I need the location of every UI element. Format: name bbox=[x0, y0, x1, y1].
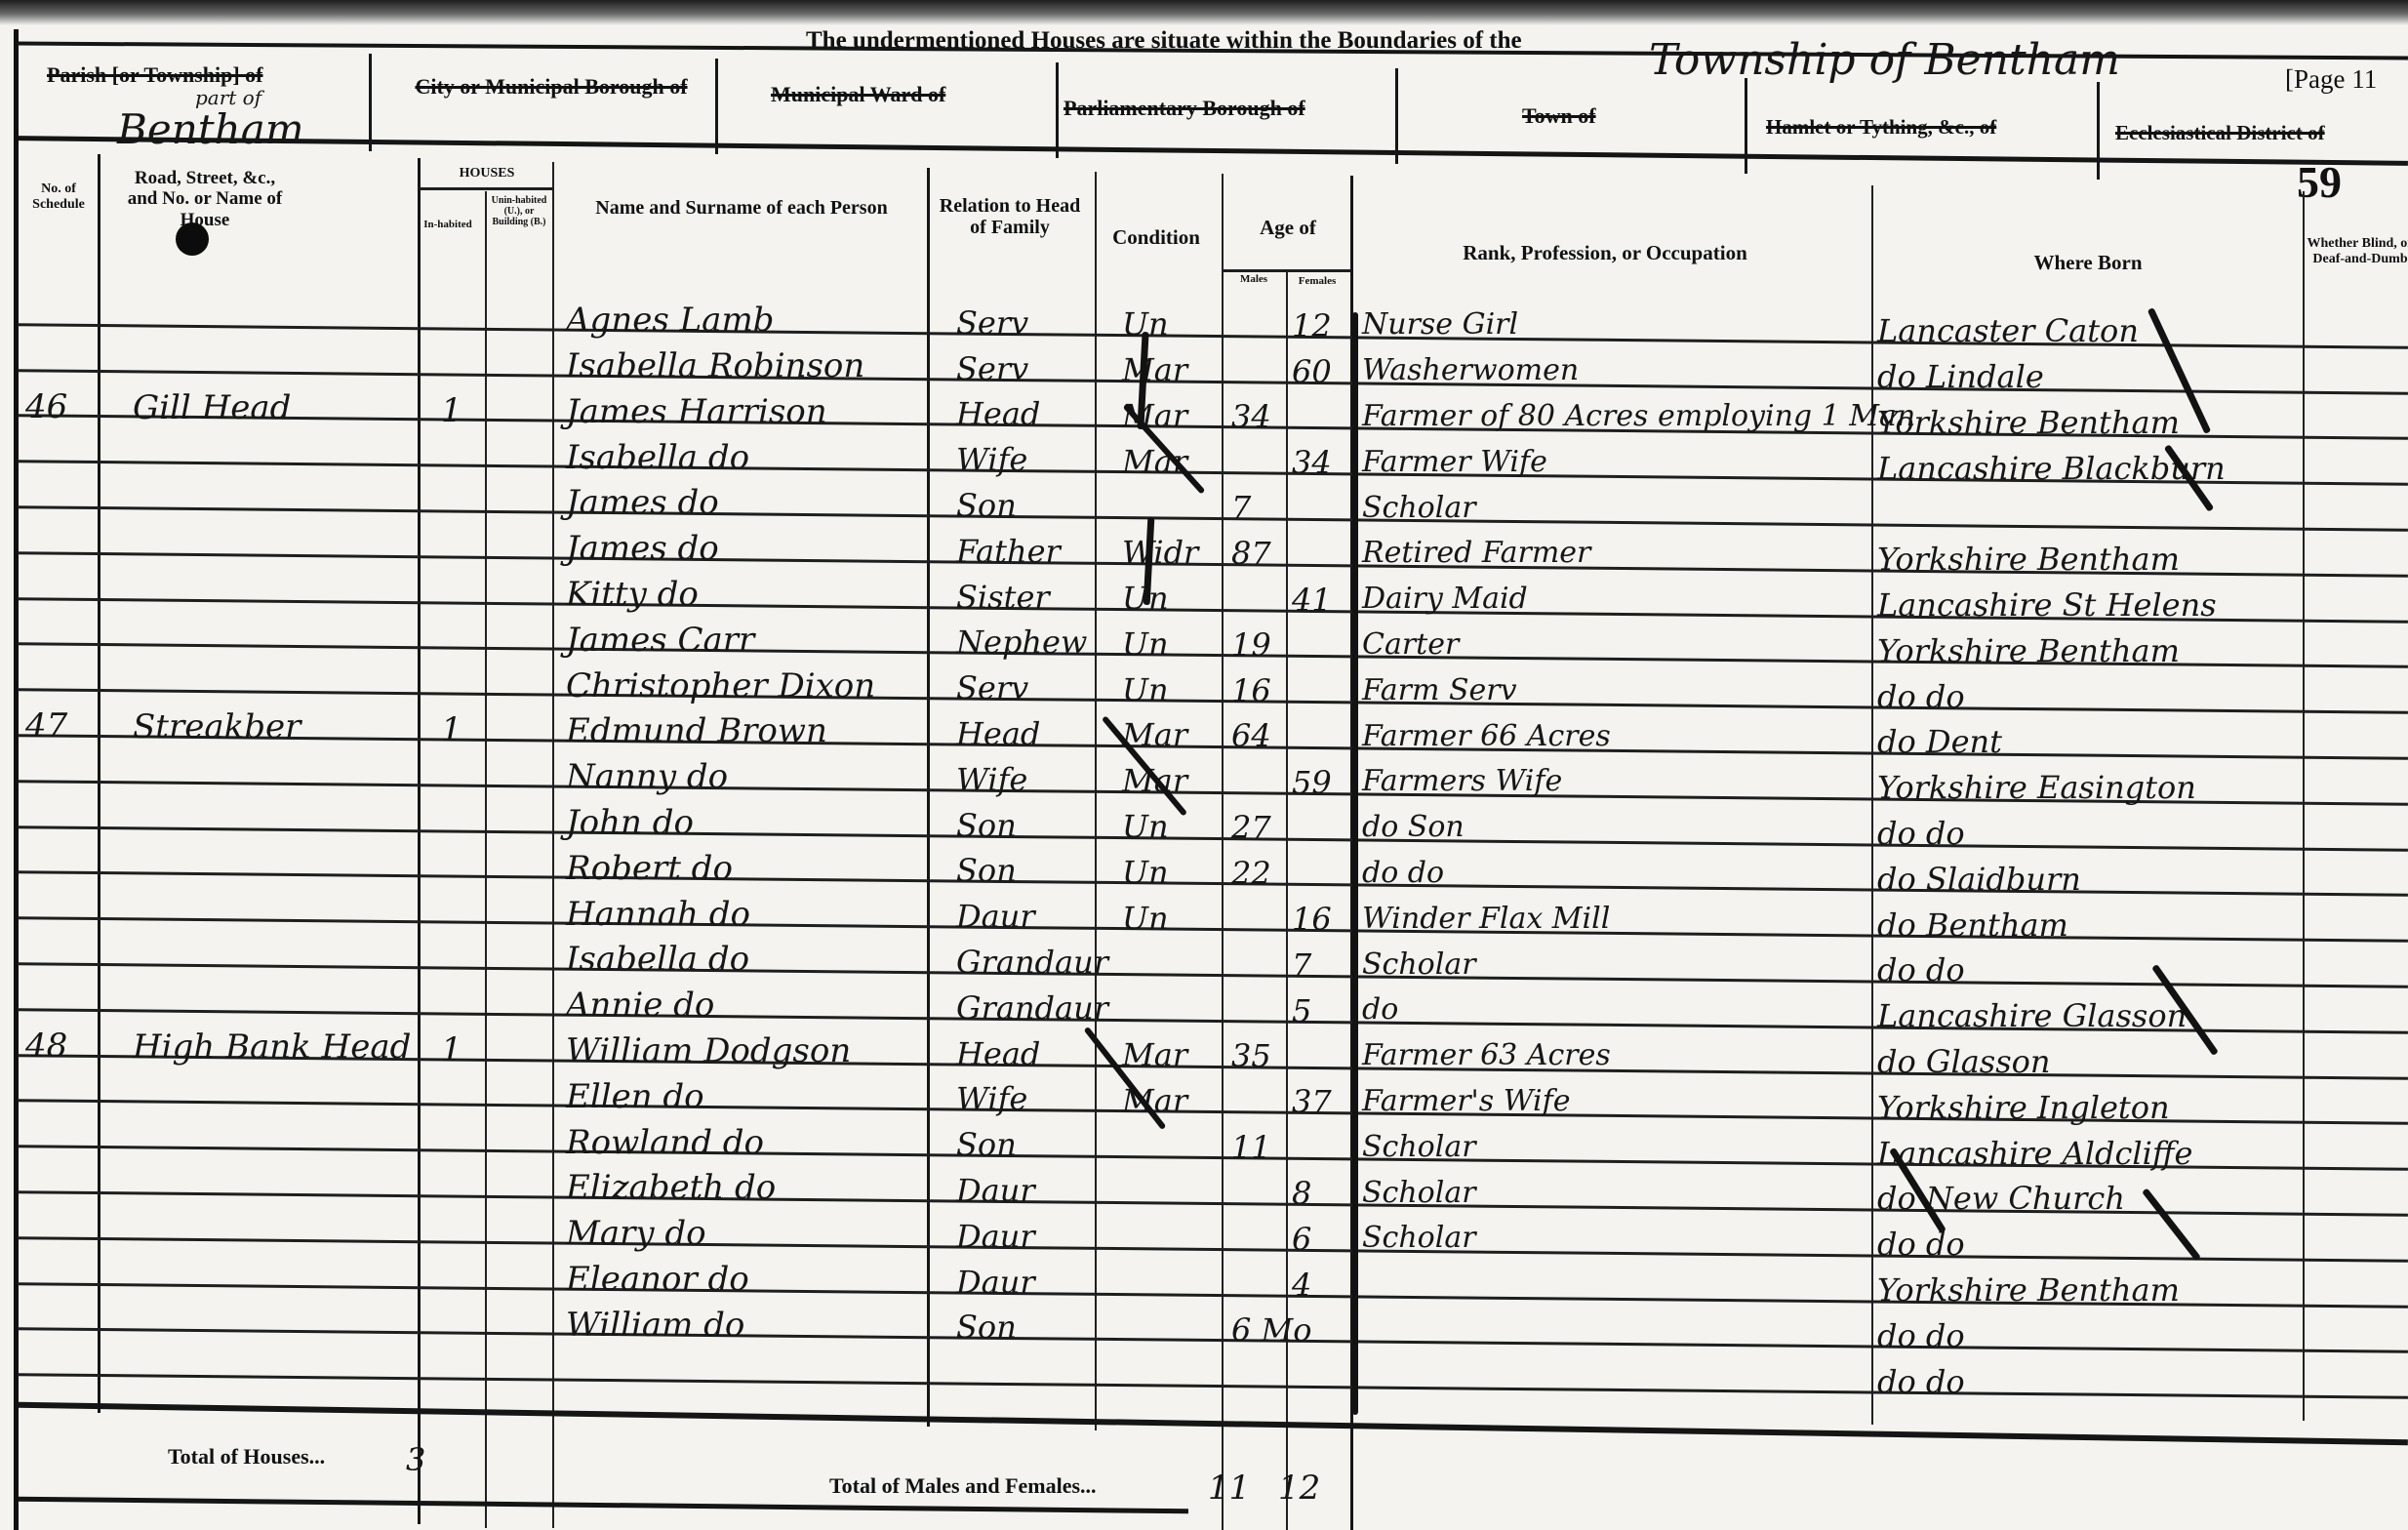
cell-relation: Head bbox=[956, 718, 1040, 749]
row-rule bbox=[18, 1328, 2408, 1354]
cell-occupation: Farmer 66 Acres bbox=[1362, 722, 1611, 751]
cell-where-born: do Lindale bbox=[1877, 361, 2044, 392]
row-rule bbox=[18, 1373, 2408, 1399]
cell-where-born: do Slaidburn bbox=[1877, 864, 2081, 895]
cell-occupation: Farmer 63 Acres bbox=[1362, 1041, 1611, 1070]
col-road: Road, Street, &c., and No. or Name of Ho… bbox=[127, 168, 283, 230]
col-condition: Condition bbox=[1098, 226, 1215, 250]
cell-relation: Serv bbox=[956, 353, 1028, 384]
cell-name: Mary do bbox=[566, 1217, 706, 1250]
scan-top-shadow bbox=[0, 0, 2408, 25]
cell-where-born: do do bbox=[1877, 954, 1965, 986]
boundary-parliamentary: Parliamentary Borough of bbox=[1064, 96, 1305, 121]
cell-name: Eleanor do bbox=[566, 1263, 749, 1296]
cell-male-age: 6 Mo bbox=[1231, 1314, 1312, 1346]
banner-township: Township of Bentham bbox=[1649, 39, 2120, 82]
cell-condition: Un bbox=[1122, 811, 1169, 842]
cell-name: John do bbox=[566, 806, 694, 839]
boundary-ecclesiastical: Ecclesiastical District of bbox=[2115, 121, 2325, 145]
cell-female-age: 37 bbox=[1292, 1086, 1332, 1117]
boundary-town: Town of bbox=[1522, 103, 1596, 129]
cell-road: Gill Head bbox=[133, 391, 291, 424]
cell-where-born: Yorkshire Bentham bbox=[1877, 407, 2180, 438]
cell-relation: Nephew bbox=[956, 626, 1087, 658]
cell-condition: Un bbox=[1122, 857, 1169, 888]
cell-relation: Grandaur bbox=[956, 946, 1108, 978]
col-houses-group: HOUSES bbox=[423, 166, 550, 181]
col-relation: Relation to Head of Family bbox=[932, 195, 1088, 239]
cell-occupation: Farmer of 80 Acres employing 1 Man bbox=[1362, 402, 1915, 431]
cell-occupation: do bbox=[1362, 995, 1398, 1025]
cell-occupation: Dairy Maid bbox=[1362, 584, 1528, 614]
cell-where-born: Lancashire Aldcliffe bbox=[1877, 1138, 2192, 1169]
cell-name: James do bbox=[566, 486, 719, 519]
cell-relation: Son bbox=[956, 1311, 1017, 1343]
cell-name: Annie do bbox=[566, 988, 714, 1022]
col-uninhabited: Unin-habited (U.), or Building (B.) bbox=[488, 195, 550, 228]
cell-occupation: Scholar bbox=[1362, 950, 1476, 980]
cell-condition: Mar bbox=[1122, 1039, 1187, 1070]
cell-female-age: 6 bbox=[1292, 1224, 1311, 1255]
cell-occupation: Winder Flax Mill bbox=[1362, 905, 1610, 934]
total-houses-label: Total of Houses... bbox=[168, 1444, 325, 1470]
col-inhabited: In-habited bbox=[420, 219, 476, 230]
cell-relation: Daur bbox=[956, 1221, 1035, 1252]
cell-female-age: 60 bbox=[1292, 356, 1332, 387]
col-where-born: Where Born bbox=[1883, 252, 2293, 275]
cell-female-age: 12 bbox=[1292, 310, 1332, 342]
cell-road: Streakber bbox=[133, 710, 301, 744]
cell-name: Robert do bbox=[566, 852, 733, 885]
boundary-value: Bentham bbox=[117, 109, 304, 150]
cell-relation: Son bbox=[956, 490, 1017, 521]
cell-schedule: 48 bbox=[25, 1029, 67, 1063]
cell-where-born: do Glasson bbox=[1877, 1046, 2051, 1077]
ink-blot bbox=[176, 222, 209, 256]
cell-female-age: 59 bbox=[1292, 767, 1332, 798]
total-males-value: 11 bbox=[1208, 1471, 1250, 1505]
boundary-hamlet: Hamlet or Tything, &c., of bbox=[1766, 115, 1996, 140]
cell-male-age: 16 bbox=[1231, 675, 1271, 706]
col-schedule: No. of Schedule bbox=[18, 181, 100, 212]
cell-male-age: 7 bbox=[1231, 492, 1251, 523]
cell-name: Kitty do bbox=[566, 578, 699, 611]
cell-where-born: do do bbox=[1877, 681, 1965, 712]
cell-where-born: do Bentham bbox=[1877, 909, 2068, 941]
cell-road: High Bank Head bbox=[133, 1030, 411, 1064]
cell-where-born: do do bbox=[1877, 1320, 1965, 1351]
cell-occupation: Scholar bbox=[1362, 1133, 1476, 1162]
cell-where-born: Yorkshire Ingleton bbox=[1877, 1092, 2170, 1123]
cell-occupation: do do bbox=[1362, 859, 1444, 888]
cell-schedule: 46 bbox=[25, 390, 67, 423]
cell-name: Isabella Robinson bbox=[566, 349, 864, 382]
col-age-group: Age of bbox=[1224, 217, 1351, 240]
cell-relation: Son bbox=[956, 1129, 1017, 1160]
cell-occupation: Washerwomen bbox=[1362, 356, 1579, 385]
boundary-label: Parish [or Township] of bbox=[47, 62, 262, 88]
cell-relation: Head bbox=[956, 1038, 1040, 1069]
boundary-ward: Municipal Ward of bbox=[771, 82, 945, 107]
cell-male-age: 27 bbox=[1231, 812, 1271, 843]
col-occupation: Rank, Profession, or Occupation bbox=[1385, 242, 1825, 265]
cell-relation: Sister bbox=[956, 582, 1050, 613]
row-rule bbox=[18, 369, 2408, 395]
cell-name: James Carr bbox=[566, 624, 754, 657]
boundary-city: City or Municipal Borough of bbox=[400, 72, 702, 102]
cell-male-age: 19 bbox=[1231, 629, 1271, 661]
col-males: Males bbox=[1224, 273, 1284, 285]
tally-bar bbox=[1352, 312, 1358, 1415]
cell-relation: Serv bbox=[956, 672, 1028, 704]
cell-condition: Mar bbox=[1122, 354, 1187, 385]
row-rule bbox=[18, 825, 2408, 852]
cell-female-age: 8 bbox=[1292, 1178, 1311, 1209]
cell-where-born: do do bbox=[1877, 1366, 1965, 1397]
cell-relation: Father bbox=[956, 536, 1061, 567]
cell-male-age: 34 bbox=[1231, 401, 1271, 432]
cell-female-age: 16 bbox=[1292, 904, 1332, 935]
cell-name: Hannah do bbox=[566, 898, 750, 931]
page-number: [Page 11 bbox=[2285, 64, 2377, 95]
cell-occupation: Scholar bbox=[1362, 494, 1476, 523]
row-rule bbox=[18, 962, 2408, 988]
cell-name: James do bbox=[566, 532, 719, 565]
cell-occupation: do Son bbox=[1362, 813, 1465, 842]
cell-schedule: 47 bbox=[25, 709, 67, 743]
cell-name: Agnes Lamb bbox=[566, 303, 774, 337]
cell-inhabited: 1 bbox=[441, 1033, 462, 1067]
cell-relation: Son bbox=[956, 855, 1017, 886]
cell-where-born: do Dent bbox=[1877, 726, 2002, 757]
cell-name: Nanny do bbox=[566, 760, 728, 793]
col-blind: Whether Blind, or Deaf-and-Dumb bbox=[2307, 236, 2408, 266]
cell-name: Edmund Brown bbox=[566, 714, 827, 747]
cell-female-age: 4 bbox=[1292, 1269, 1311, 1301]
cell-condition: Un bbox=[1122, 674, 1169, 705]
cell-relation: Wife bbox=[956, 764, 1027, 795]
boundary-annotation: part of bbox=[195, 88, 261, 107]
row-rule bbox=[18, 688, 2408, 714]
cell-where-born: Yorkshire Bentham bbox=[1877, 1274, 2180, 1306]
cell-where-born: Yorkshire Easington bbox=[1877, 772, 2196, 803]
cell-name: William do bbox=[566, 1309, 744, 1342]
cell-name: Ellen do bbox=[566, 1080, 704, 1113]
cell-name: Elizabeth do bbox=[566, 1171, 776, 1204]
cell-female-age: 7 bbox=[1292, 949, 1311, 981]
cell-relation: Grandaur bbox=[956, 992, 1108, 1024]
cell-name: Christopher Dixon bbox=[566, 669, 875, 703]
cell-occupation: Farmer Wife bbox=[1362, 448, 1547, 477]
total-persons-label: Total of Males and Females... bbox=[829, 1473, 1097, 1499]
cell-male-age: 87 bbox=[1231, 538, 1271, 569]
cell-occupation: Farmers Wife bbox=[1362, 767, 1562, 796]
cell-relation: Daur bbox=[956, 901, 1035, 932]
cell-male-age: 35 bbox=[1231, 1040, 1271, 1071]
cell-inhabited: 1 bbox=[441, 394, 462, 427]
cell-male-age: 64 bbox=[1231, 720, 1271, 751]
cell-where-born: Lancashire Glasson bbox=[1877, 1000, 2187, 1031]
total-houses-value: 3 bbox=[406, 1444, 425, 1475]
cell-occupation: Carter bbox=[1362, 630, 1459, 660]
cell-name: Isabella do bbox=[566, 943, 749, 976]
cell-relation: Daur bbox=[956, 1267, 1035, 1298]
cell-where-born: do do bbox=[1877, 1228, 1965, 1260]
cell-relation: Serv bbox=[956, 307, 1028, 339]
row-rule bbox=[18, 505, 2408, 532]
cell-where-born: Lancaster Caton bbox=[1877, 315, 2139, 346]
cell-relation: Wife bbox=[956, 444, 1027, 475]
cell-where-born: Yorkshire Bentham bbox=[1877, 635, 2180, 666]
cell-condition: Un bbox=[1122, 628, 1169, 660]
cell-name: Isabella do bbox=[566, 441, 749, 474]
cell-female-age: 34 bbox=[1292, 447, 1332, 478]
cell-occupation: Scholar bbox=[1362, 1224, 1476, 1253]
cell-relation: Wife bbox=[956, 1083, 1027, 1114]
cell-occupation: Farmer's Wife bbox=[1362, 1087, 1571, 1116]
cell-occupation: Farm Serv bbox=[1362, 676, 1517, 705]
col-females: Females bbox=[1286, 275, 1348, 287]
tally-stroke bbox=[2142, 1188, 2201, 1261]
cell-where-born: Lancashire St Helens bbox=[1877, 589, 2217, 621]
cell-condition: Widr bbox=[1122, 537, 1198, 568]
cell-name: William Dodgson bbox=[566, 1034, 851, 1067]
cell-male-age: 22 bbox=[1231, 858, 1271, 889]
cell-female-age: 5 bbox=[1292, 995, 1311, 1027]
cell-condition: Un bbox=[1122, 903, 1169, 934]
cell-occupation: Scholar bbox=[1362, 1179, 1476, 1208]
cell-name: Rowland do bbox=[566, 1126, 764, 1159]
cell-male-age: 11 bbox=[1231, 1132, 1271, 1163]
total-females-value: 12 bbox=[1278, 1471, 1320, 1505]
cell-relation: Daur bbox=[956, 1175, 1035, 1206]
cell-occupation: Nurse Girl bbox=[1362, 310, 1518, 340]
cell-inhabited: 1 bbox=[441, 713, 462, 746]
cell-relation: Head bbox=[956, 398, 1040, 429]
cell-occupation: Retired Farmer bbox=[1362, 539, 1590, 568]
cell-female-age: 41 bbox=[1292, 584, 1332, 616]
cell-name: James Harrison bbox=[566, 395, 827, 428]
col-name: Name and Surname of each Person bbox=[581, 197, 903, 219]
cell-where-born: Yorkshire Bentham bbox=[1877, 544, 2180, 575]
row-rule bbox=[18, 734, 2408, 760]
row-rule bbox=[18, 1236, 2408, 1263]
cell-where-born: do do bbox=[1877, 818, 1965, 849]
cell-relation: Son bbox=[956, 810, 1017, 841]
